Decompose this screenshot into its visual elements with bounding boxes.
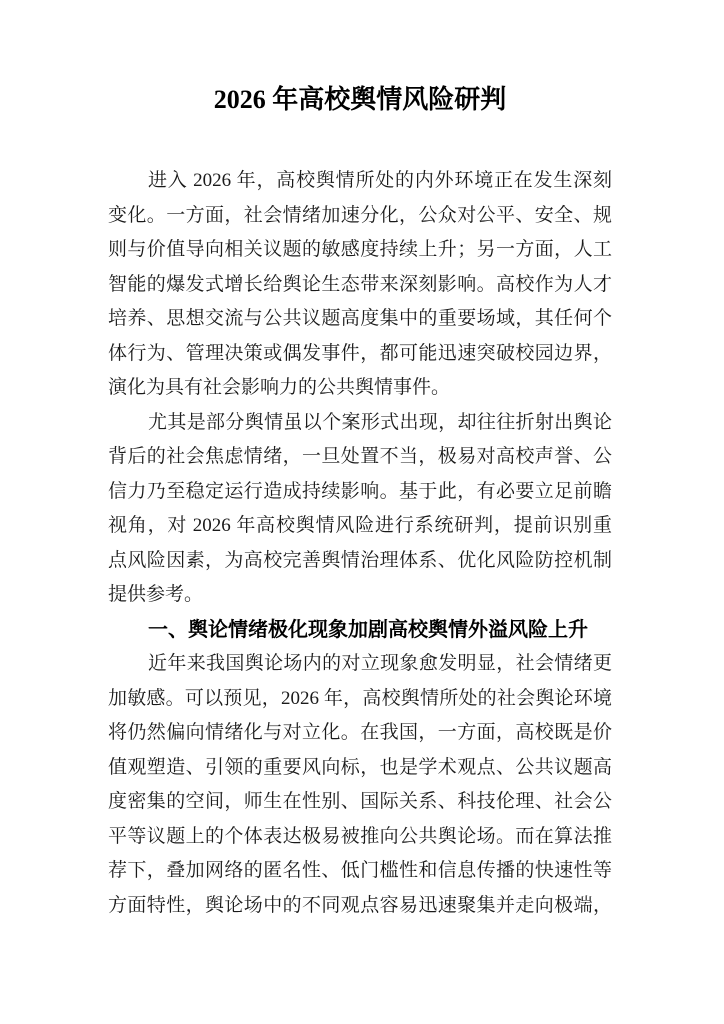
text-line: 点风险因素，为高校完善舆情治理体系、优化风险防控机制 <box>108 544 612 579</box>
text-line: 尤其是部分舆情虽以个案形式出现，却往往折射出舆论 <box>108 406 612 441</box>
text-line: 将仍然偏向情绪化与对立化。在我国，一方面，高校既是价 <box>108 716 612 751</box>
text-line: 信力乃至稳定运行造成持续影响。基于此，有必要立足前瞻 <box>108 475 612 510</box>
text-line: 视角，对 2026 年高校舆情风险进行系统研判，提前识别重 <box>108 509 612 544</box>
document-title: 2026 年高校舆情风险研判 <box>108 82 612 118</box>
text-line: 提供参考。 <box>108 578 612 613</box>
text-line: 值观塑造、引领的重要风向标，也是学术观点、公共议题高 <box>108 751 612 786</box>
text-line: 平等议题上的个体表达极易被推向公共舆论场。而在算法推 <box>108 820 612 855</box>
text-line: 加敏感。可以预见，2026 年，高校舆情所处的社会舆论环境 <box>108 682 612 717</box>
text-line: 方面特性，舆论场中的不同观点容易迅速聚集并走向极端， <box>108 889 612 924</box>
text-line: 培养、思想交流与公共议题高度集中的重要场域，其任何个 <box>108 302 612 337</box>
document-page: 2026 年高校舆情风险研判 进入 2026 年，高校舆情所处的内外环境正在发生… <box>0 0 724 1024</box>
text-line: 荐下，叠加网络的匿名性、低门槛性和信息传播的快速性等 <box>108 854 612 889</box>
text-line: 近年来我国舆论场内的对立现象愈发明显，社会情绪更 <box>108 647 612 682</box>
text-line: 背后的社会焦虑情绪，一旦处置不当，极易对高校声誉、公 <box>108 440 612 475</box>
paragraph-intro-1: 进入 2026 年，高校舆情所处的内外环境正在发生深刻 变化。一方面，社会情绪加… <box>108 164 612 406</box>
paragraph-intro-2: 尤其是部分舆情虽以个案形式出现，却往往折射出舆论 背后的社会焦虑情绪，一旦处置不… <box>108 406 612 613</box>
text-line: 体行为、管理决策或偶发事件，都可能迅速突破校园边界， <box>108 337 612 372</box>
section-heading-1: 一、舆论情绪极化现象加剧高校舆情外溢风险上升 <box>108 613 612 648</box>
text-line: 度密集的空间，师生在性别、国际关系、科技伦理、社会公 <box>108 785 612 820</box>
text-line: 进入 2026 年，高校舆情所处的内外环境正在发生深刻 <box>108 164 612 199</box>
text-line: 智能的爆发式增长给舆论生态带来深刻影响。高校作为人才 <box>108 268 612 303</box>
paragraph-section-1: 近年来我国舆论场内的对立现象愈发明显，社会情绪更 加敏感。可以预见，2026 年… <box>108 647 612 923</box>
text-line: 则与价值导向相关议题的敏感度持续上升；另一方面，人工 <box>108 233 612 268</box>
text-line: 演化为具有社会影响力的公共舆情事件。 <box>108 371 612 406</box>
document-body: 进入 2026 年，高校舆情所处的内外环境正在发生深刻 变化。一方面，社会情绪加… <box>108 164 612 923</box>
text-line: 变化。一方面，社会情绪加速分化，公众对公平、安全、规 <box>108 199 612 234</box>
